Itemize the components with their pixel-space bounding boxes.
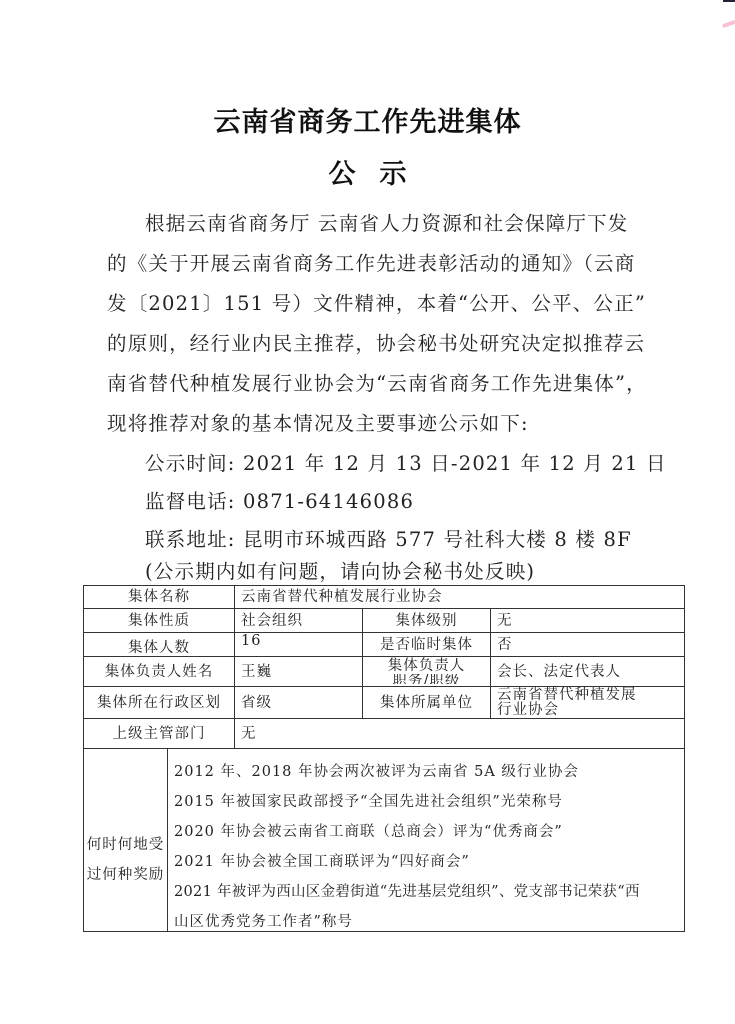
award-item: 2021 年协会被全国工商联评为“四好商会” [174, 847, 684, 877]
value-temporary: 否 [491, 633, 685, 657]
table-row: 集体人数 16 是否临时集体 否 [84, 633, 685, 657]
value-headcount: 16 [235, 633, 363, 657]
label-name: 集体名称 [84, 586, 235, 609]
table-row: 集体负责人姓名 王巍 集体负责人 职务/职级 会长、法定代表人 [84, 657, 685, 687]
award-item: 2015 年被国家民政部授予“全国先进社会组织”光荣称号 [174, 787, 684, 817]
label-leader-name: 集体负责人姓名 [84, 657, 235, 687]
label-leader-title-line2: 职务/职级 [369, 674, 484, 684]
notice-period-label: 公示时间: [145, 452, 236, 475]
label-region: 集体所在行政区划 [84, 687, 235, 719]
body-line: 的原则，经行业内民主推荐，协会秘书处研究决定拟推荐云 [107, 328, 637, 356]
address-value: 昆明市环城西路 577 号社科大楼 8 楼 8F [243, 528, 632, 551]
address-label: 联系地址: [145, 528, 236, 551]
scan-artifact [723, 0, 735, 2]
phone-label: 监督电话: [145, 490, 236, 513]
award-item: 山区优秀党务工作者”称号 [174, 907, 684, 932]
value-name: 云南省替代种植发展行业协会 [235, 586, 685, 609]
notice-note: (公示期内如有问题，请向协会秘书处反映) [145, 556, 535, 584]
label-affiliation: 集体所属单位 [363, 687, 491, 719]
notice-period-value: 2021 年 12 月 13 日-2021 年 12 月 21 日 [243, 452, 667, 475]
value-nature: 社会组织 [235, 609, 363, 633]
table-row: 集体所在行政区划 省级 集体所属单位 云南省替代种植发展 行业协会 [84, 687, 685, 719]
award-item: 2021 年被评为西山区金碧街道“先进基层党组织”、党支部书记荣获“西 [174, 877, 684, 907]
value-supervisor: 无 [235, 719, 685, 749]
awards-list: 2012 年、2018 年协会两次被评为云南省 5A 级行业协会 2015 年被… [168, 749, 684, 931]
table-row: 集体名称 云南省替代种植发展行业协会 [84, 586, 685, 609]
award-item: 2012 年、2018 年协会两次被评为云南省 5A 级行业协会 [174, 757, 684, 787]
label-awards-line1: 何时何地受 [87, 830, 165, 860]
label-level: 集体级别 [363, 609, 491, 633]
label-temporary: 是否临时集体 [363, 633, 491, 657]
label-awards-line2: 过何种奖励 [87, 860, 165, 890]
label-nature: 集体性质 [84, 609, 235, 633]
label-awards: 何时何地受 过何种奖励 [84, 749, 168, 931]
value-affiliation-line1: 云南省替代种植发展 [497, 688, 678, 703]
value-leader-title: 会长、法定代表人 [491, 657, 685, 687]
phone-value: 0871-64146086 [243, 490, 414, 513]
label-leader-title: 集体负责人 职务/职级 [363, 657, 491, 687]
document-title: 云南省商务工作先进集体 [0, 100, 735, 139]
award-item: 2020 年协会被云南省工商联（总商会）评为“优秀商会” [174, 817, 684, 847]
body-line: 发〔2021〕151 号）文件精神，本着“公开、公平、公正” [107, 288, 637, 316]
info-table: 集体名称 云南省替代种植发展行业协会 集体性质 社会组织 集体级别 无 集体人数… [83, 585, 685, 932]
table-row: 集体性质 社会组织 集体级别 无 [84, 609, 685, 633]
table-row: 何时何地受 过何种奖励 2012 年、2018 年协会两次被评为云南省 5A 级… [84, 749, 685, 932]
scan-speck [722, 20, 735, 29]
table-row: 上级主管部门 无 [84, 719, 685, 749]
value-level: 无 [491, 609, 685, 633]
address: 联系地址: 昆明市环城西路 577 号社科大楼 8 楼 8F [145, 524, 632, 552]
document-subtitle: 公示 [0, 152, 735, 191]
body-line: 南省替代种植发展行业协会为“云南省商务工作先进集体”， [107, 368, 637, 396]
value-region: 省级 [235, 687, 363, 719]
phone: 监督电话: 0871-64146086 [145, 486, 414, 514]
body-line: 现将推荐对象的基本情况及主要事迹公示如下: [107, 408, 637, 436]
awards-cell: 何时何地受 过何种奖励 2012 年、2018 年协会两次被评为云南省 5A 级… [84, 749, 685, 932]
value-affiliation-line2: 行业协会 [497, 703, 678, 718]
value-leader-name: 王巍 [235, 657, 363, 687]
label-leader-title-line1: 集体负责人 [369, 659, 484, 674]
label-supervisor: 上级主管部门 [84, 719, 235, 749]
body-line: 根据云南省商务厅 云南省人力资源和社会保障厅下发 [145, 208, 675, 236]
notice-period: 公示时间: 2021 年 12 月 13 日-2021 年 12 月 21 日 [145, 448, 667, 476]
value-affiliation: 云南省替代种植发展 行业协会 [491, 687, 685, 719]
body-line: 的《关于开展云南省商务工作先进表彰活动的通知》（云商 [107, 248, 637, 276]
label-headcount: 集体人数 [84, 633, 235, 657]
